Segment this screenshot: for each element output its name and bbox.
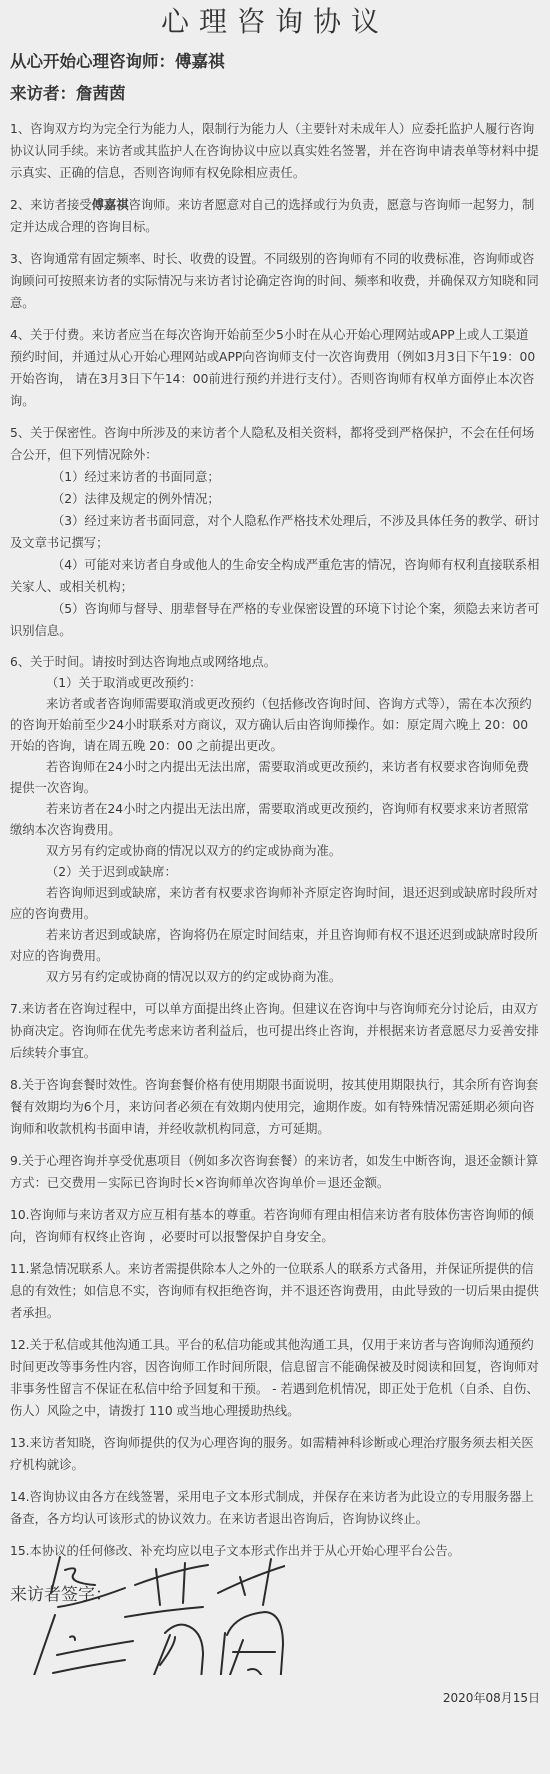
clause-4: 4、关于付费。来访者应当在每次咨询开始前至少5小时在从心开始心理网站或APP上或… bbox=[10, 324, 540, 412]
clause-2-prefix: 2、来访者接受 bbox=[10, 198, 92, 212]
counselor-line: 从心开始心理咨询师：傅嘉祺 bbox=[10, 46, 540, 78]
clause-6-sub1-para-3: 若来访者在24小时之内提出无法出席，需要取消或更改预约，咨询师有权要求来访者照常… bbox=[10, 799, 540, 841]
clause-11: 11.紧急情况联系人。来访者需提供除本人之外的一位联系人的联系方式备用，并保证所… bbox=[10, 1258, 540, 1324]
clause-6-sub1-para-4: 双方另有约定或协商的情况以双方的约定或协商为准。 bbox=[10, 841, 540, 862]
clause-5-item-4: （4）可能对来访者自身或他人的生命安全构成严重危害的情况，咨询师有权利直接联系相… bbox=[10, 554, 540, 598]
clause-6-sub1-para-1: 来访者或者咨询师需要取消或更改预约（包括修改咨询时间、咨询方式等），需在本次预约… bbox=[10, 694, 540, 757]
clause-2: 2、来访者接受傅嘉祺咨询师。来访者愿意对自己的选择或行为负责，愿意与咨询师一起努… bbox=[10, 194, 540, 238]
clause-6-sub2-para-1: 若咨询师迟到或缺席，来访者有权要求咨询师补齐原定咨询时间，退还迟到或缺席时段所对… bbox=[10, 883, 540, 925]
clause-6-sub2-para-2: 若来访者迟到或缺席，咨询将仍在原定时间结束，并且咨询师有权不退还迟到或缺席时段所… bbox=[10, 925, 540, 967]
clause-5-item-1: （1）经过来访者的书面同意； bbox=[10, 466, 540, 488]
client-line: 来访者：詹茜茵 bbox=[10, 78, 540, 110]
clause-7: 7.来访者在咨询过程中，可以单方面提出终止咨询。但建议在咨询中与咨询师充分讨论后… bbox=[10, 998, 540, 1064]
clause-6-sub2-para-3: 双方另有约定或协商的情况以双方的约定或协商为准。 bbox=[10, 967, 540, 988]
document-title: 心理咨询协议 bbox=[10, 0, 540, 46]
signing-date: 2020年08月15日 bbox=[443, 1689, 540, 1706]
clause-6-sub2-title: （2）关于迟到或缺席： bbox=[10, 862, 540, 883]
clause-5: 5、关于保密性。咨询中所涉及的来访者个人隐私及相关资料，都将受到严格保护，不会在… bbox=[10, 422, 540, 642]
clause-10: 10.咨询师与来访者双方应互相有基本的尊重。若咨询师有理由相信来访者有肢体伤害咨… bbox=[10, 1204, 540, 1248]
handwritten-signature bbox=[25, 1515, 285, 1675]
clause-13: 13.来访者知晓，咨询师提供的仅为心理咨询的服务。如需精神科诊断或心理治疗服务须… bbox=[10, 1432, 540, 1476]
clause-5-item-5: （5）咨询师与督导、朋辈督导在严格的专业保密设置的环境下讨论个案，须隐去来访者可… bbox=[10, 598, 540, 642]
clause-5-item-3: （3）经过来访者书面同意，对个人隐私作严格技术处理后，不涉及具体任务的教学、研讨… bbox=[10, 510, 540, 554]
clause-6-sub1-title: （1）关于取消或更改预约： bbox=[10, 673, 540, 694]
clause-9: 9.关于心理咨询并享受优惠项目（例如多次咨询套餐）的来访者，如发生中断咨询，退还… bbox=[10, 1150, 540, 1194]
counselor-name: 傅嘉祺 bbox=[92, 198, 129, 212]
clause-6-intro: 6、关于时间。请按时到达咨询地点或网络地点。 bbox=[10, 652, 540, 673]
clause-5-item-2: （2）法律及规定的例外情况； bbox=[10, 488, 540, 510]
clause-12: 12.关于私信或其他沟通工具。平台的私信功能或其他沟通工具，仅用于来访者与咨询师… bbox=[10, 1334, 540, 1422]
clause-6: 6、关于时间。请按时到达咨询地点或网络地点。 （1）关于取消或更改预约： 来访者… bbox=[10, 652, 540, 988]
clause-1: 1、咨询双方均为完全行为能力人，限制行为能力人（主要针对未成年人）应委托监护人履… bbox=[10, 118, 540, 184]
clause-6-sub1-para-2: 若咨询师在24小时之内提出无法出席，需要取消或更改预约，来访者有权要求咨询师免费… bbox=[10, 757, 540, 799]
agreement-page: 心理咨询协议 从心开始心理咨询师：傅嘉祺 来访者：詹茜茵 1、咨询双方均为完全行… bbox=[0, 0, 550, 1774]
clause-3: 3、咨询通常有固定频率、时长、收费的设置。不同级别的咨询师有不同的收费标准，咨询… bbox=[10, 248, 540, 314]
clause-5-intro: 5、关于保密性。咨询中所涉及的来访者个人隐私及相关资料，都将受到严格保护，不会在… bbox=[10, 422, 540, 466]
clause-8: 8.关于咨询套餐时效性。咨询套餐价格有使用期限书面说明，按其使用期限执行，其余所… bbox=[10, 1074, 540, 1140]
